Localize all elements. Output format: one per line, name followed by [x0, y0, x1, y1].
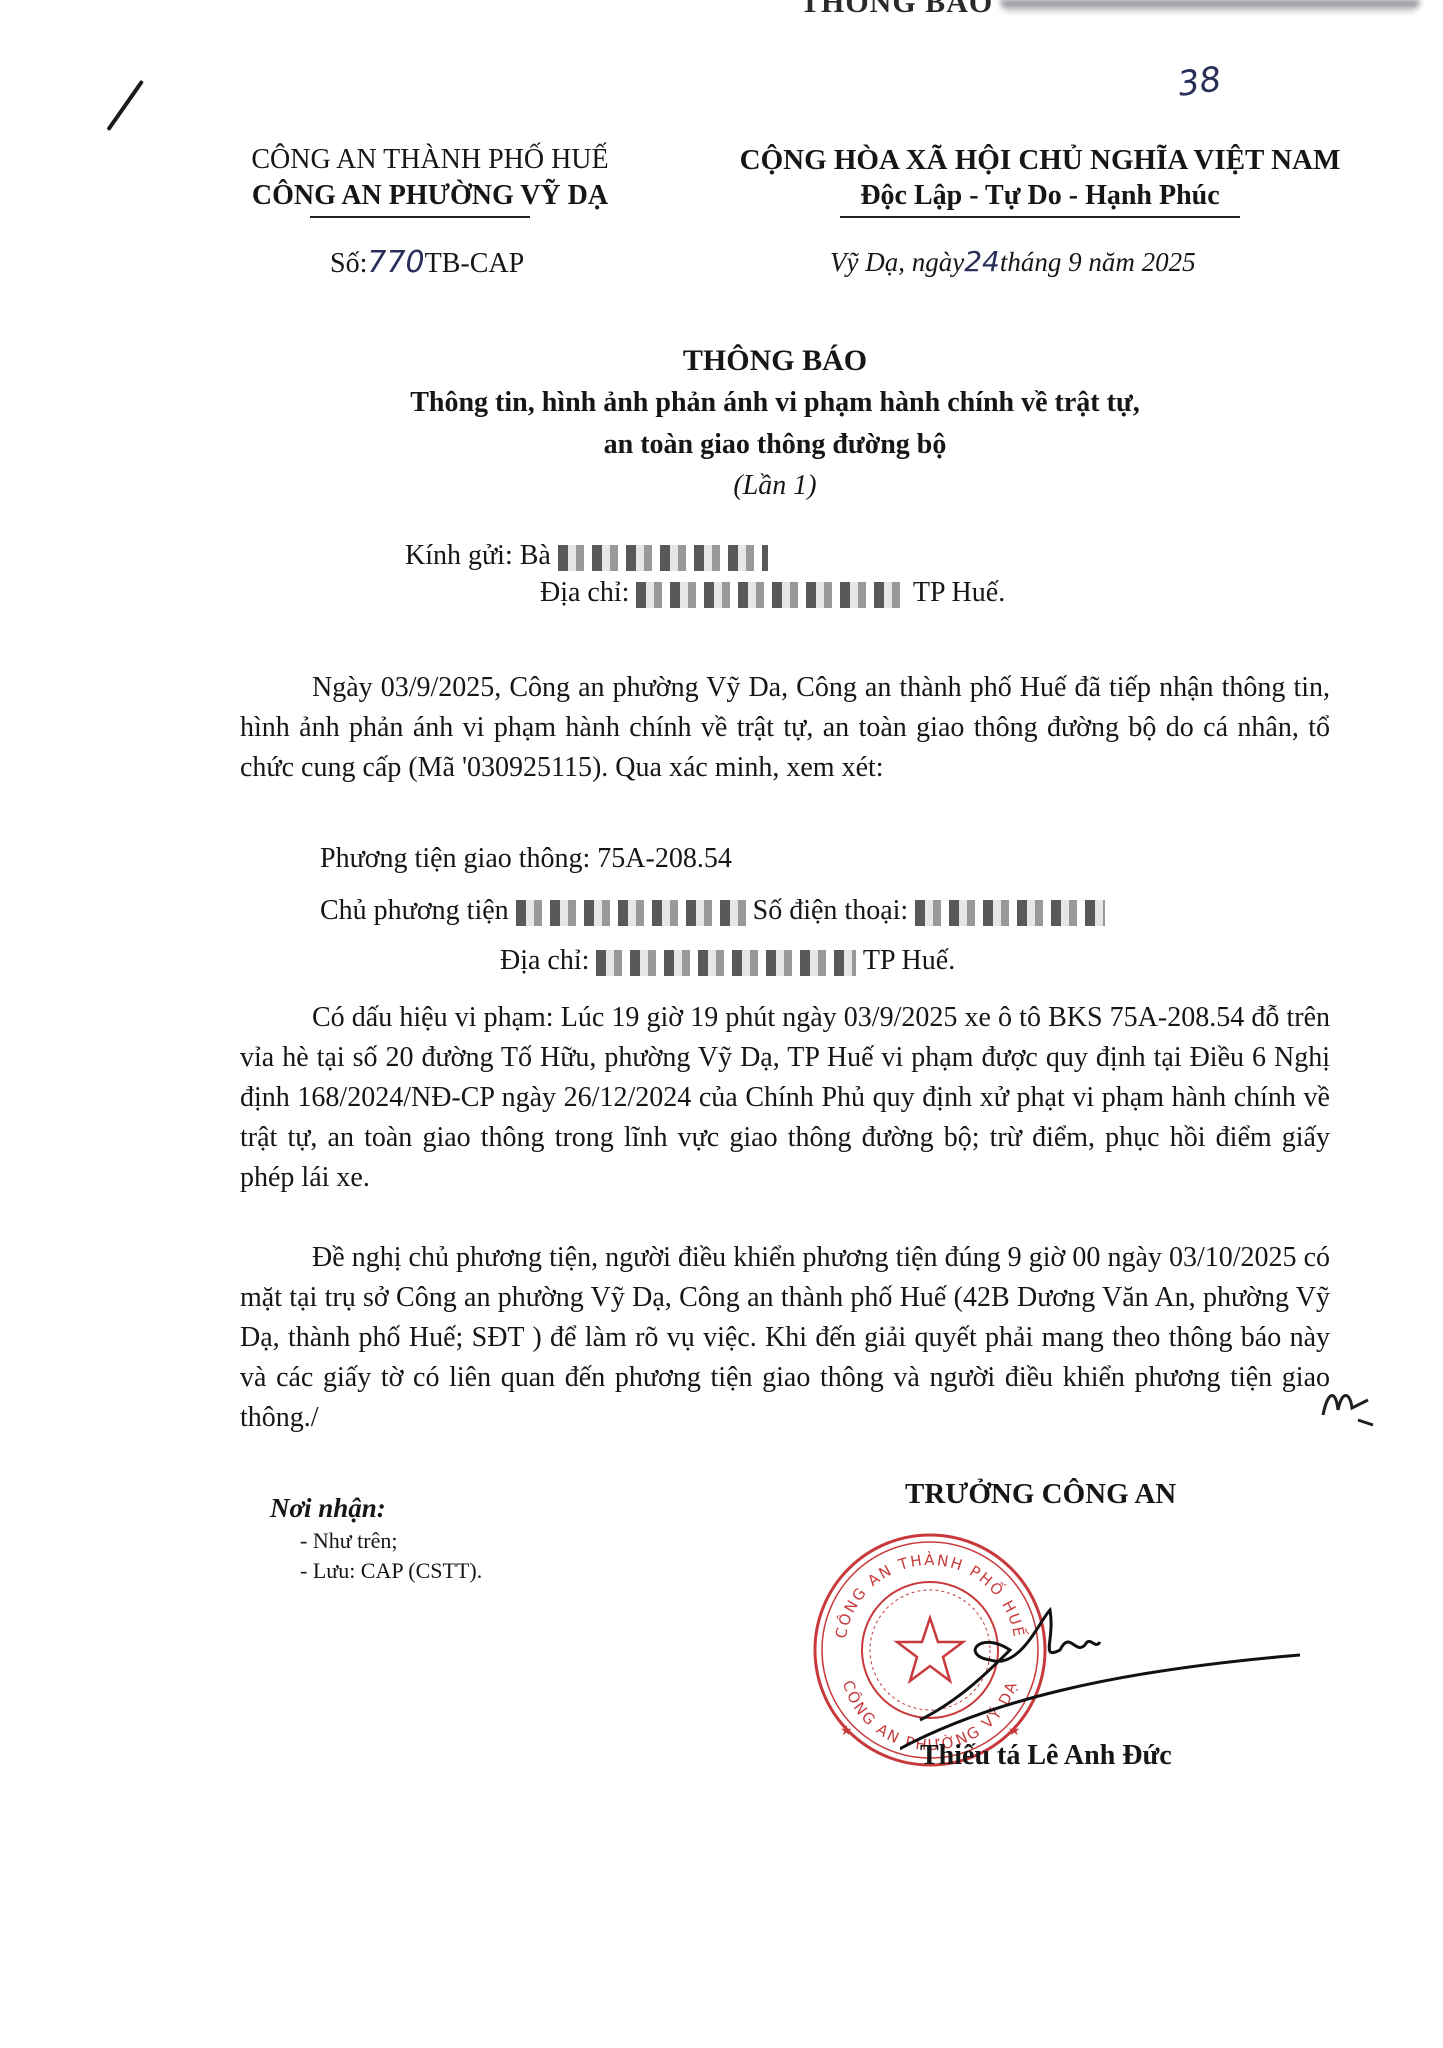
issuing-agency: CÔNG AN THÀNH PHỐ HUẾ CÔNG AN PHƯỜNG VỸ … — [210, 142, 650, 218]
owner-label: Chủ phương tiện — [320, 895, 509, 926]
national-motto: CỘNG HÒA XÃ HỘI CHỦ NGHĨA VIỆT NAM Độc L… — [700, 142, 1380, 218]
handwritten-initials — [1318, 1380, 1378, 1430]
request-paragraph: Đề nghị chủ phương tiện, người điều khiể… — [240, 1238, 1330, 1438]
owner-address-suffix: TP Huế. — [863, 945, 955, 976]
address-label: Địa chỉ: — [540, 577, 629, 608]
addressee-address-line: Địa chỉ: TP Huế. — [540, 577, 1005, 609]
redacted-address — [636, 582, 906, 608]
signer-title: TRƯỞNG CÔNG AN — [905, 1478, 1176, 1511]
violation-paragraph: Có dấu hiệu vi phạm: Lúc 19 giờ 19 phút … — [240, 998, 1330, 1198]
redacted-owner-address — [596, 950, 856, 976]
agency-name: CÔNG AN PHƯỜNG VỸ DẠ — [210, 178, 650, 214]
owner-line: Chủ phương tiện Số điện thoại: — [320, 895, 1105, 927]
request-text: Đề nghị chủ phương tiện, người điều khiể… — [240, 1242, 1330, 1433]
agency-underline — [310, 216, 530, 218]
recipient-item: - Lưu: CAP (CSTT). — [270, 1556, 482, 1586]
intro-text: Ngày 03/9/2025, Công an phường Vỹ Da, Cô… — [240, 672, 1330, 783]
handwritten-signature — [900, 1560, 1300, 1760]
recipients-block: Nơi nhận: - Như trên; - Lưu: CAP (CSTT). — [270, 1490, 482, 1586]
redacted-owner — [516, 900, 746, 926]
redacted-name — [558, 545, 768, 571]
title-main: THÔNG BÁO — [260, 340, 1290, 382]
violation-text: Có dấu hiệu vi phạm: Lúc 19 giờ 19 phút … — [240, 1002, 1330, 1193]
signer-name: Thiếu tá Lê Anh Đức — [920, 1740, 1172, 1772]
phone-label: Số điện thoại: — [753, 895, 909, 926]
intro-paragraph: Ngày 03/9/2025, Công an phường Vỹ Da, Cô… — [240, 668, 1330, 788]
place-date: Vỹ Dạ, ngày24tháng 9 năm 2025 — [830, 245, 1196, 278]
doc-number-prefix: Số: — [330, 248, 367, 279]
addressee-label: Kính gửi: Bà — [405, 540, 551, 571]
handwritten-day: 24 — [964, 245, 1000, 278]
country-name: CỘNG HÒA XÃ HỘI CHỦ NGHĨA VIỆT NAM — [700, 142, 1380, 178]
title-sub-2: an toàn giao thông đường bộ — [260, 424, 1290, 466]
title-times: (Lần 1) — [260, 466, 1290, 506]
redacted-phone — [915, 900, 1105, 926]
pen-mark — [106, 80, 144, 131]
place-date-suffix: tháng 9 năm 2025 — [1000, 247, 1196, 277]
svg-text:★: ★ — [840, 1724, 853, 1739]
agency-parent: CÔNG AN THÀNH PHỐ HUẾ — [210, 142, 650, 178]
motto: Độc Lập - Tự Do - Hạnh Phúc — [700, 178, 1380, 214]
scan-shadow — [1000, 0, 1420, 14]
vehicle-line: Phương tiện giao thông: 75A-208.54 — [320, 843, 732, 875]
document-page: THÔNG BÁO 38 CÔNG AN THÀNH PHỐ HUẾ CÔNG … — [0, 0, 1443, 2048]
doc-number-suffix: TB-CAP — [425, 248, 525, 279]
addressee-line: Kính gửi: Bà — [405, 540, 768, 572]
motto-underline — [840, 216, 1240, 218]
title-sub-1: Thông tin, hình ảnh phản ánh vi phạm hàn… — [260, 382, 1290, 424]
owner-address-line: Địa chỉ: TP Huế. — [500, 945, 955, 977]
recipients-title: Nơi nhận: — [270, 1490, 482, 1526]
document-title: THÔNG BÁO Thông tin, hình ảnh phản ánh v… — [260, 340, 1290, 506]
handwritten-page-number: 38 — [1175, 59, 1223, 105]
bleed-through-text: THÔNG BÁO — [800, 0, 993, 20]
place-date-prefix: Vỹ Dạ, ngày — [830, 247, 964, 277]
document-number: Số:770TB-CAP — [330, 245, 524, 280]
doc-number-handwritten: 770 — [367, 245, 424, 280]
recipient-item: - Như trên; — [270, 1526, 482, 1556]
address-suffix: TP Huế. — [913, 577, 1005, 608]
owner-address-label: Địa chỉ: — [500, 945, 589, 976]
